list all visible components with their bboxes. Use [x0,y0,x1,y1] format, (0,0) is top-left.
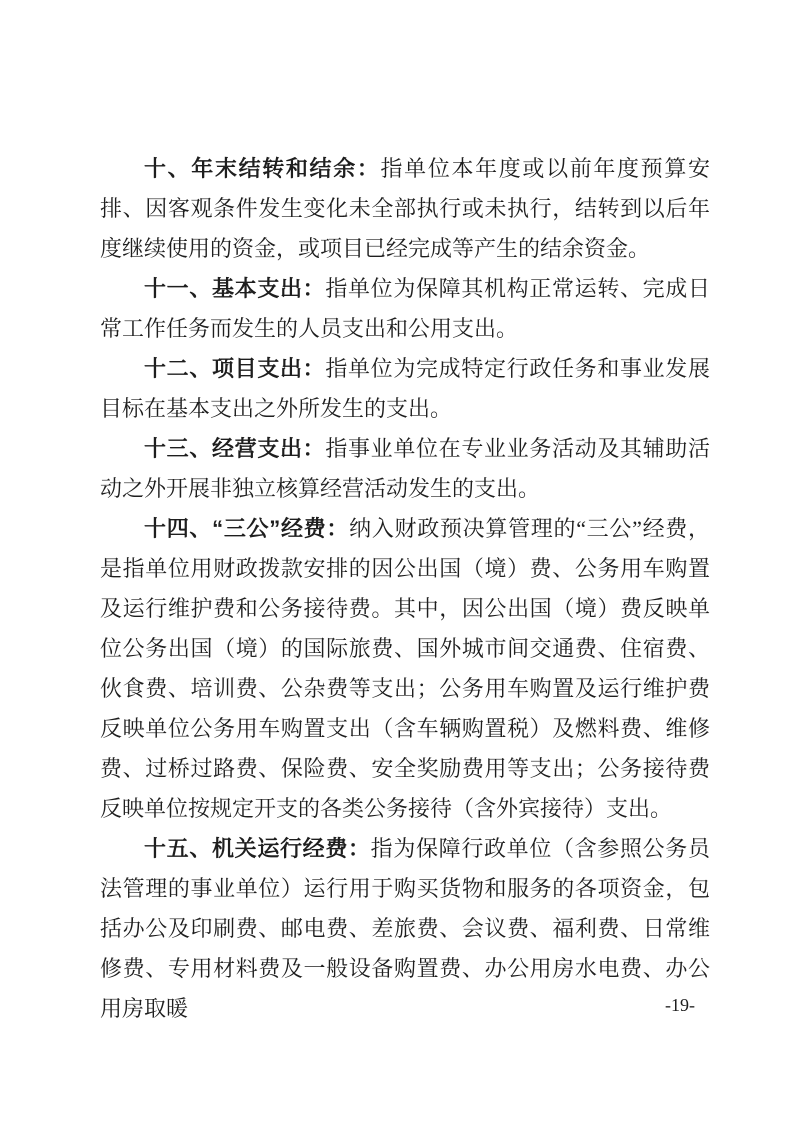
term-heading: 十二、项目支出： [144,356,325,381]
term-heading: 十五、机关运行经费： [144,836,371,861]
term-heading: 十三、经营支出： [144,436,325,461]
page-number: -19- [100,994,695,1016]
document-page: 十、年末结转和结余：指单位本年度或以前年度预算安排、因客观条件发生变化未全部执行… [0,0,793,1122]
term-definition: 纳入财政预决算管理的“三公”经费，是指单位用财政拨款安排的因公出国（境）费、公务… [100,516,710,821]
term-heading: 十一、基本支出： [144,276,325,301]
document-body: 十、年末结转和结余：指单位本年度或以前年度预算安排、因客观条件发生变化未全部执行… [100,149,710,1029]
term-heading: 十、年末结转和结余： [144,156,381,181]
paragraph-operating-expenditure: 十三、经营支出：指事业单位在专业业务活动及其辅助活动之外开展非独立核算经营活动发… [100,429,710,509]
paragraph-three-public-funds: 十四、“三公”经费：纳入财政预决算管理的“三公”经费，是指单位用财政拨款安排的因… [100,509,710,829]
paragraph-year-end-carryover: 十、年末结转和结余：指单位本年度或以前年度预算安排、因客观条件发生变化未全部执行… [100,149,710,269]
paragraph-basic-expenditure: 十一、基本支出：指单位为保障其机构正常运转、完成日常工作任务而发生的人员支出和公… [100,269,710,349]
term-heading: 十四、“三公”经费： [144,516,349,541]
paragraph-project-expenditure: 十二、项目支出：指单位为完成特定行政任务和事业发展目标在基本支出之外所发生的支出… [100,349,710,429]
